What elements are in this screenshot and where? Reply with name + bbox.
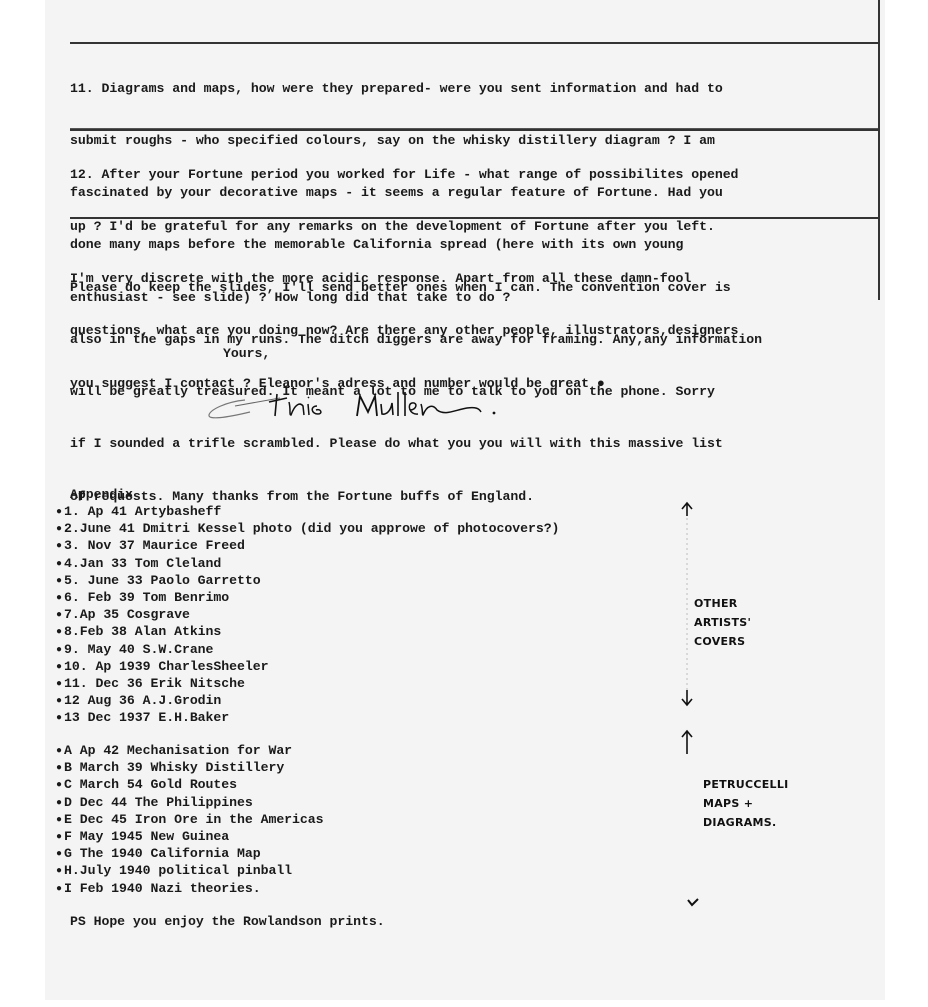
appendix-cover-item: ●3. Nov 37 Maurice Freed [56,537,559,554]
appendix-map-item-text: I Feb 1940 Nazi theories. [64,881,261,896]
handwritten-signature [205,388,505,433]
appendix-cover-item-text: 9. May 40 S.W.Crane [64,642,213,657]
appendix-cover-item-text: 2.June 41 Dmitri Kessel photo (did you a… [64,521,559,536]
bullet-icon: ● [56,676,64,693]
note-line: MAPS + [703,794,789,813]
arrow-up-maps-icon [680,728,694,758]
appendix-map-item-text: G The 1940 California Map [64,846,261,861]
bullet-icon: ● [56,710,64,727]
note-line: OTHER [694,594,751,613]
appendix-cover-item-text: 10. Ap 1939 CharlesSheeler [64,659,268,674]
bullet-icon: ● [56,795,64,812]
note-other-artists-covers: OTHERARTISTS'COVERS [694,594,751,651]
bullet-icon: ● [56,504,64,521]
note-petruccelli-maps-diagrams: PETRUCCELLIMAPS +DIAGRAMS. [703,775,789,832]
bullet-icon: ● [56,812,64,829]
appendix-map-item-text: C March 54 Gold Routes [64,777,237,792]
appendix-map-item: ●C March 54 Gold Routes [56,776,324,793]
rule-top [70,42,878,44]
appendix-cover-item: ●7.Ap 35 Cosgrave [56,606,559,623]
appendix-cover-item: ●5. June 33 Paolo Garretto [56,572,559,589]
appendix-cover-item: ●4.Jan 33 Tom Cleland [56,555,559,572]
note-line: PETRUCCELLI [703,775,789,794]
appendix-map-item: ●A Ap 42 Mechanisation for War [56,742,324,759]
appendix-map-item: ●E Dec 45 Iron Ore in the Americas [56,811,324,828]
bullet-icon: ● [56,573,64,590]
appendix-maps-list: ●A Ap 42 Mechanisation for War●B March 3… [56,742,324,897]
salutation: Yours, [223,345,270,362]
appendix-cover-item: ●6. Feb 39 Tom Benrimo [56,589,559,606]
closing-line: if I sounded a trifle scrambled. Please … [70,435,762,452]
appendix-cover-item-text: 5. June 33 Paolo Garretto [64,573,261,588]
appendix-cover-item-text: 12 Aug 36 A.J.Grodin [64,693,221,708]
appendix-cover-item-text: 8.Feb 38 Alan Atkins [64,624,221,639]
appendix-map-item-text: E Dec 45 Iron Ore in the Americas [64,812,324,827]
question-12-line: 12. After your Fortune period you worked… [70,166,738,183]
appendix-cover-item: ●11. Dec 36 Erik Nitsche [56,675,559,692]
appendix-map-item: ●F May 1945 New Guinea [56,828,324,845]
appendix-cover-item: ●12 Aug 36 A.J.Grodin [56,692,559,709]
note-line: DIAGRAMS. [703,813,789,832]
appendix-cover-item-text: 3. Nov 37 Maurice Freed [64,538,245,553]
bullet-icon: ● [56,743,64,760]
appendix-covers-list: ●1. Ap 41 Artybasheff●2.June 41 Dmitri K… [56,503,559,726]
table-border-right [878,0,880,300]
closing-line: also in the gaps in my runs. The ditch d… [70,331,762,348]
bullet-icon: ● [56,863,64,880]
bullet-icon: ● [56,590,64,607]
appendix-cover-item: ●2.June 41 Dmitri Kessel photo (did you … [56,520,559,537]
appendix-map-item-text: B March 39 Whisky Distillery [64,760,284,775]
appendix-map-item: ●H.July 1940 political pinball [56,862,324,879]
appendix-cover-item-text: 1. Ap 41 Artybasheff [64,504,221,519]
appendix-map-item: ●B March 39 Whisky Distillery [56,759,324,776]
appendix-map-item-text: F May 1945 New Guinea [64,829,229,844]
appendix-cover-item: ●9. May 40 S.W.Crane [56,641,559,658]
bullet-icon: ● [56,760,64,777]
appendix-cover-item-text: 11. Dec 36 Erik Nitsche [64,676,245,691]
postscript: PS Hope you enjoy the Rowlandson prints. [70,913,385,930]
bullet-icon: ● [56,642,64,659]
bullet-icon: ● [56,829,64,846]
bullet-icon: ● [56,607,64,624]
appendix-cover-item-text: 13 Dec 1937 E.H.Baker [64,710,229,725]
bullet-icon: ● [56,538,64,555]
bullet-icon: ● [56,777,64,794]
bullet-icon: ● [56,693,64,710]
bullet-icon: ● [56,846,64,863]
appendix-map-item: ●I Feb 1940 Nazi theories. [56,880,324,897]
appendix-cover-item: ●13 Dec 1937 E.H.Baker [56,709,559,726]
note-line: ARTISTS' [694,613,751,632]
bullet-icon: ● [56,521,64,538]
bullet-icon: ● [56,881,64,898]
appendix-cover-item-text: 7.Ap 35 Cosgrave [64,607,190,622]
appendix-cover-item-text: 4.Jan 33 Tom Cleland [64,556,221,571]
appendix-cover-item: ●10. Ap 1939 CharlesSheeler [56,658,559,675]
appendix-map-item: ●G The 1940 California Map [56,845,324,862]
arrow-up-covers-icon [680,500,694,710]
closing-line: Please do keep the slides, I'll send bet… [70,279,762,296]
question-11-line: 11. Diagrams and maps, how were they pre… [70,80,723,97]
bullet-icon: ● [56,624,64,641]
bullet-icon: ● [56,556,64,573]
appendix-map-item-text: D Dec 44 The Philippines [64,795,253,810]
appendix-title: Appendix [70,486,133,503]
appendix-map-item-text: H.July 1940 political pinball [64,863,292,878]
question-12-line: up ? I'd be grateful for any remarks on … [70,218,738,235]
note-line: COVERS [694,632,751,651]
closing-paragraph: Please do keep the slides, I'll send bet… [70,244,762,523]
appendix-cover-item-text: 6. Feb 39 Tom Benrimo [64,590,229,605]
appendix-cover-item: ●8.Feb 38 Alan Atkins [56,623,559,640]
bullet-icon: ● [56,659,64,676]
checkmark-icon [686,896,700,908]
appendix-map-item: ●D Dec 44 The Philippines [56,794,324,811]
appendix-map-item-text: A Ap 42 Mechanisation for War [64,743,292,758]
appendix-cover-item: ●1. Ap 41 Artybasheff [56,503,559,520]
